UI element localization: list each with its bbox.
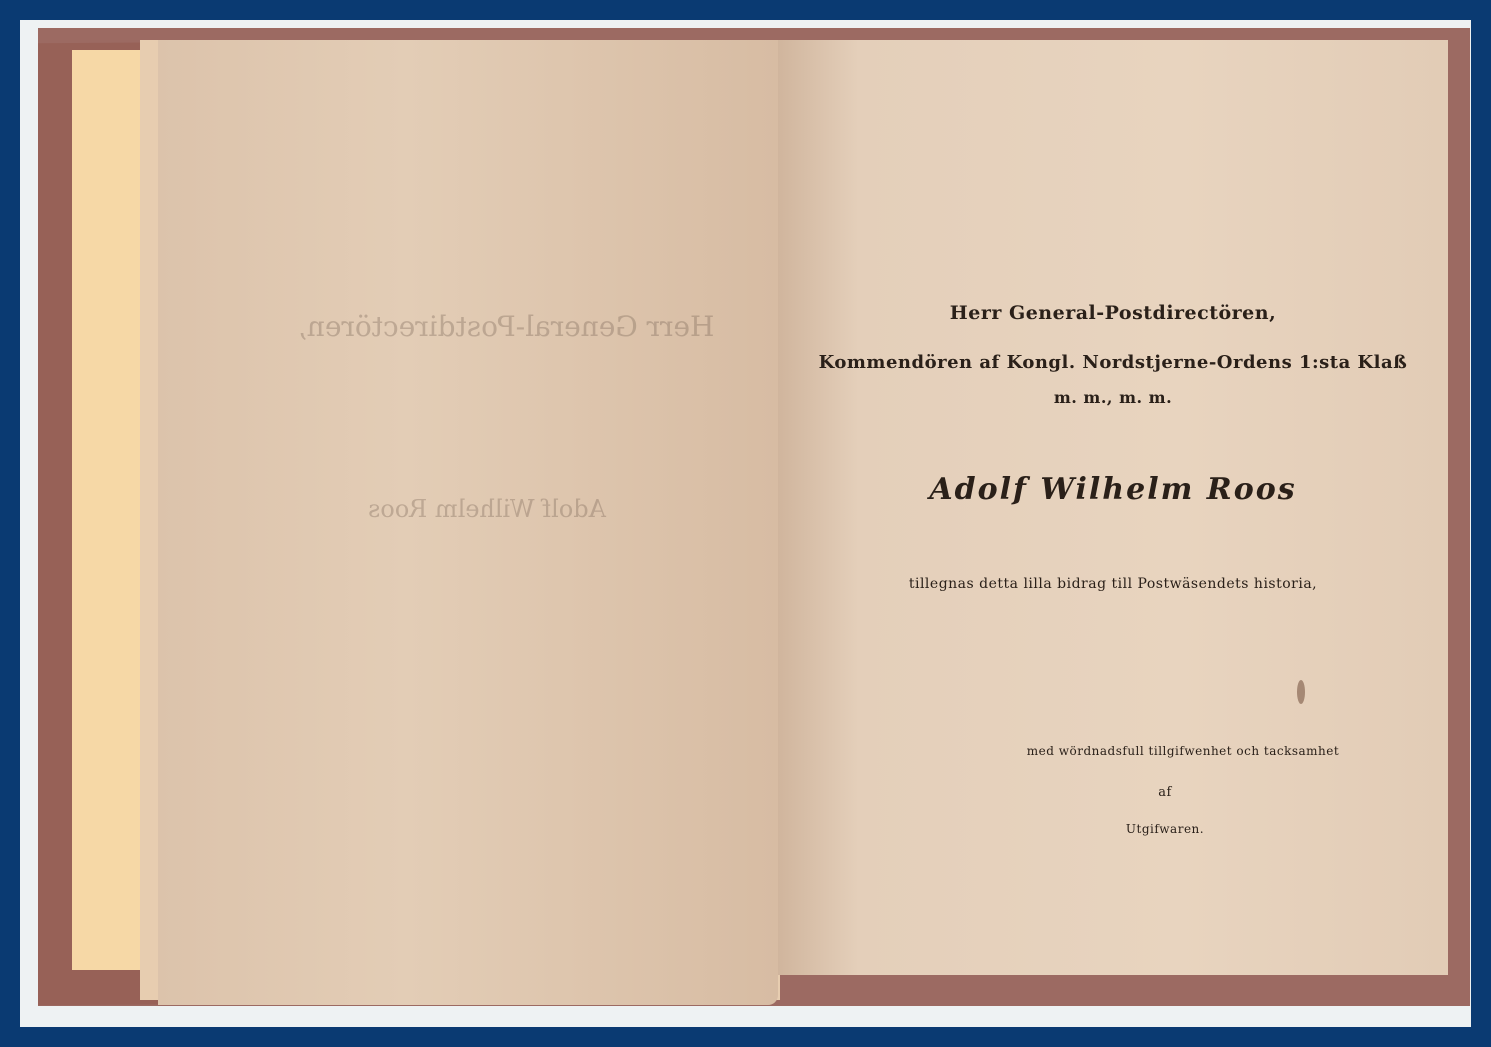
- left-page: Herr General-Postdirectören, Adolf Wilhe…: [158, 40, 778, 1005]
- dedication-line-publisher: Utgifwaren.: [830, 822, 1491, 836]
- page-stain: [1297, 680, 1305, 704]
- dedication-line-order: Kommendören af Kongl. Nordstjerne-Ordens…: [778, 352, 1448, 373]
- bleed-through-text: Herr General-Postdirectören,: [298, 310, 714, 343]
- dedication-line-af: af: [830, 785, 1491, 800]
- dedication-line-closing: med wördnadsfull tillgifwenhet och tacks…: [848, 744, 1491, 758]
- dedication-line-etc: m. m., m. m.: [778, 388, 1448, 407]
- dedication-line-title: Herr General-Postdirectören,: [778, 302, 1448, 324]
- dedication-line-body: tillegnas detta lilla bidrag till Postwä…: [778, 576, 1448, 592]
- bleed-through-text: Adolf Wilhelm Roos: [368, 495, 606, 523]
- dedicatee-name: Adolf Wilhelm Roos: [778, 472, 1448, 507]
- right-page: Herr General-Postdirectören, Kommendören…: [778, 40, 1448, 975]
